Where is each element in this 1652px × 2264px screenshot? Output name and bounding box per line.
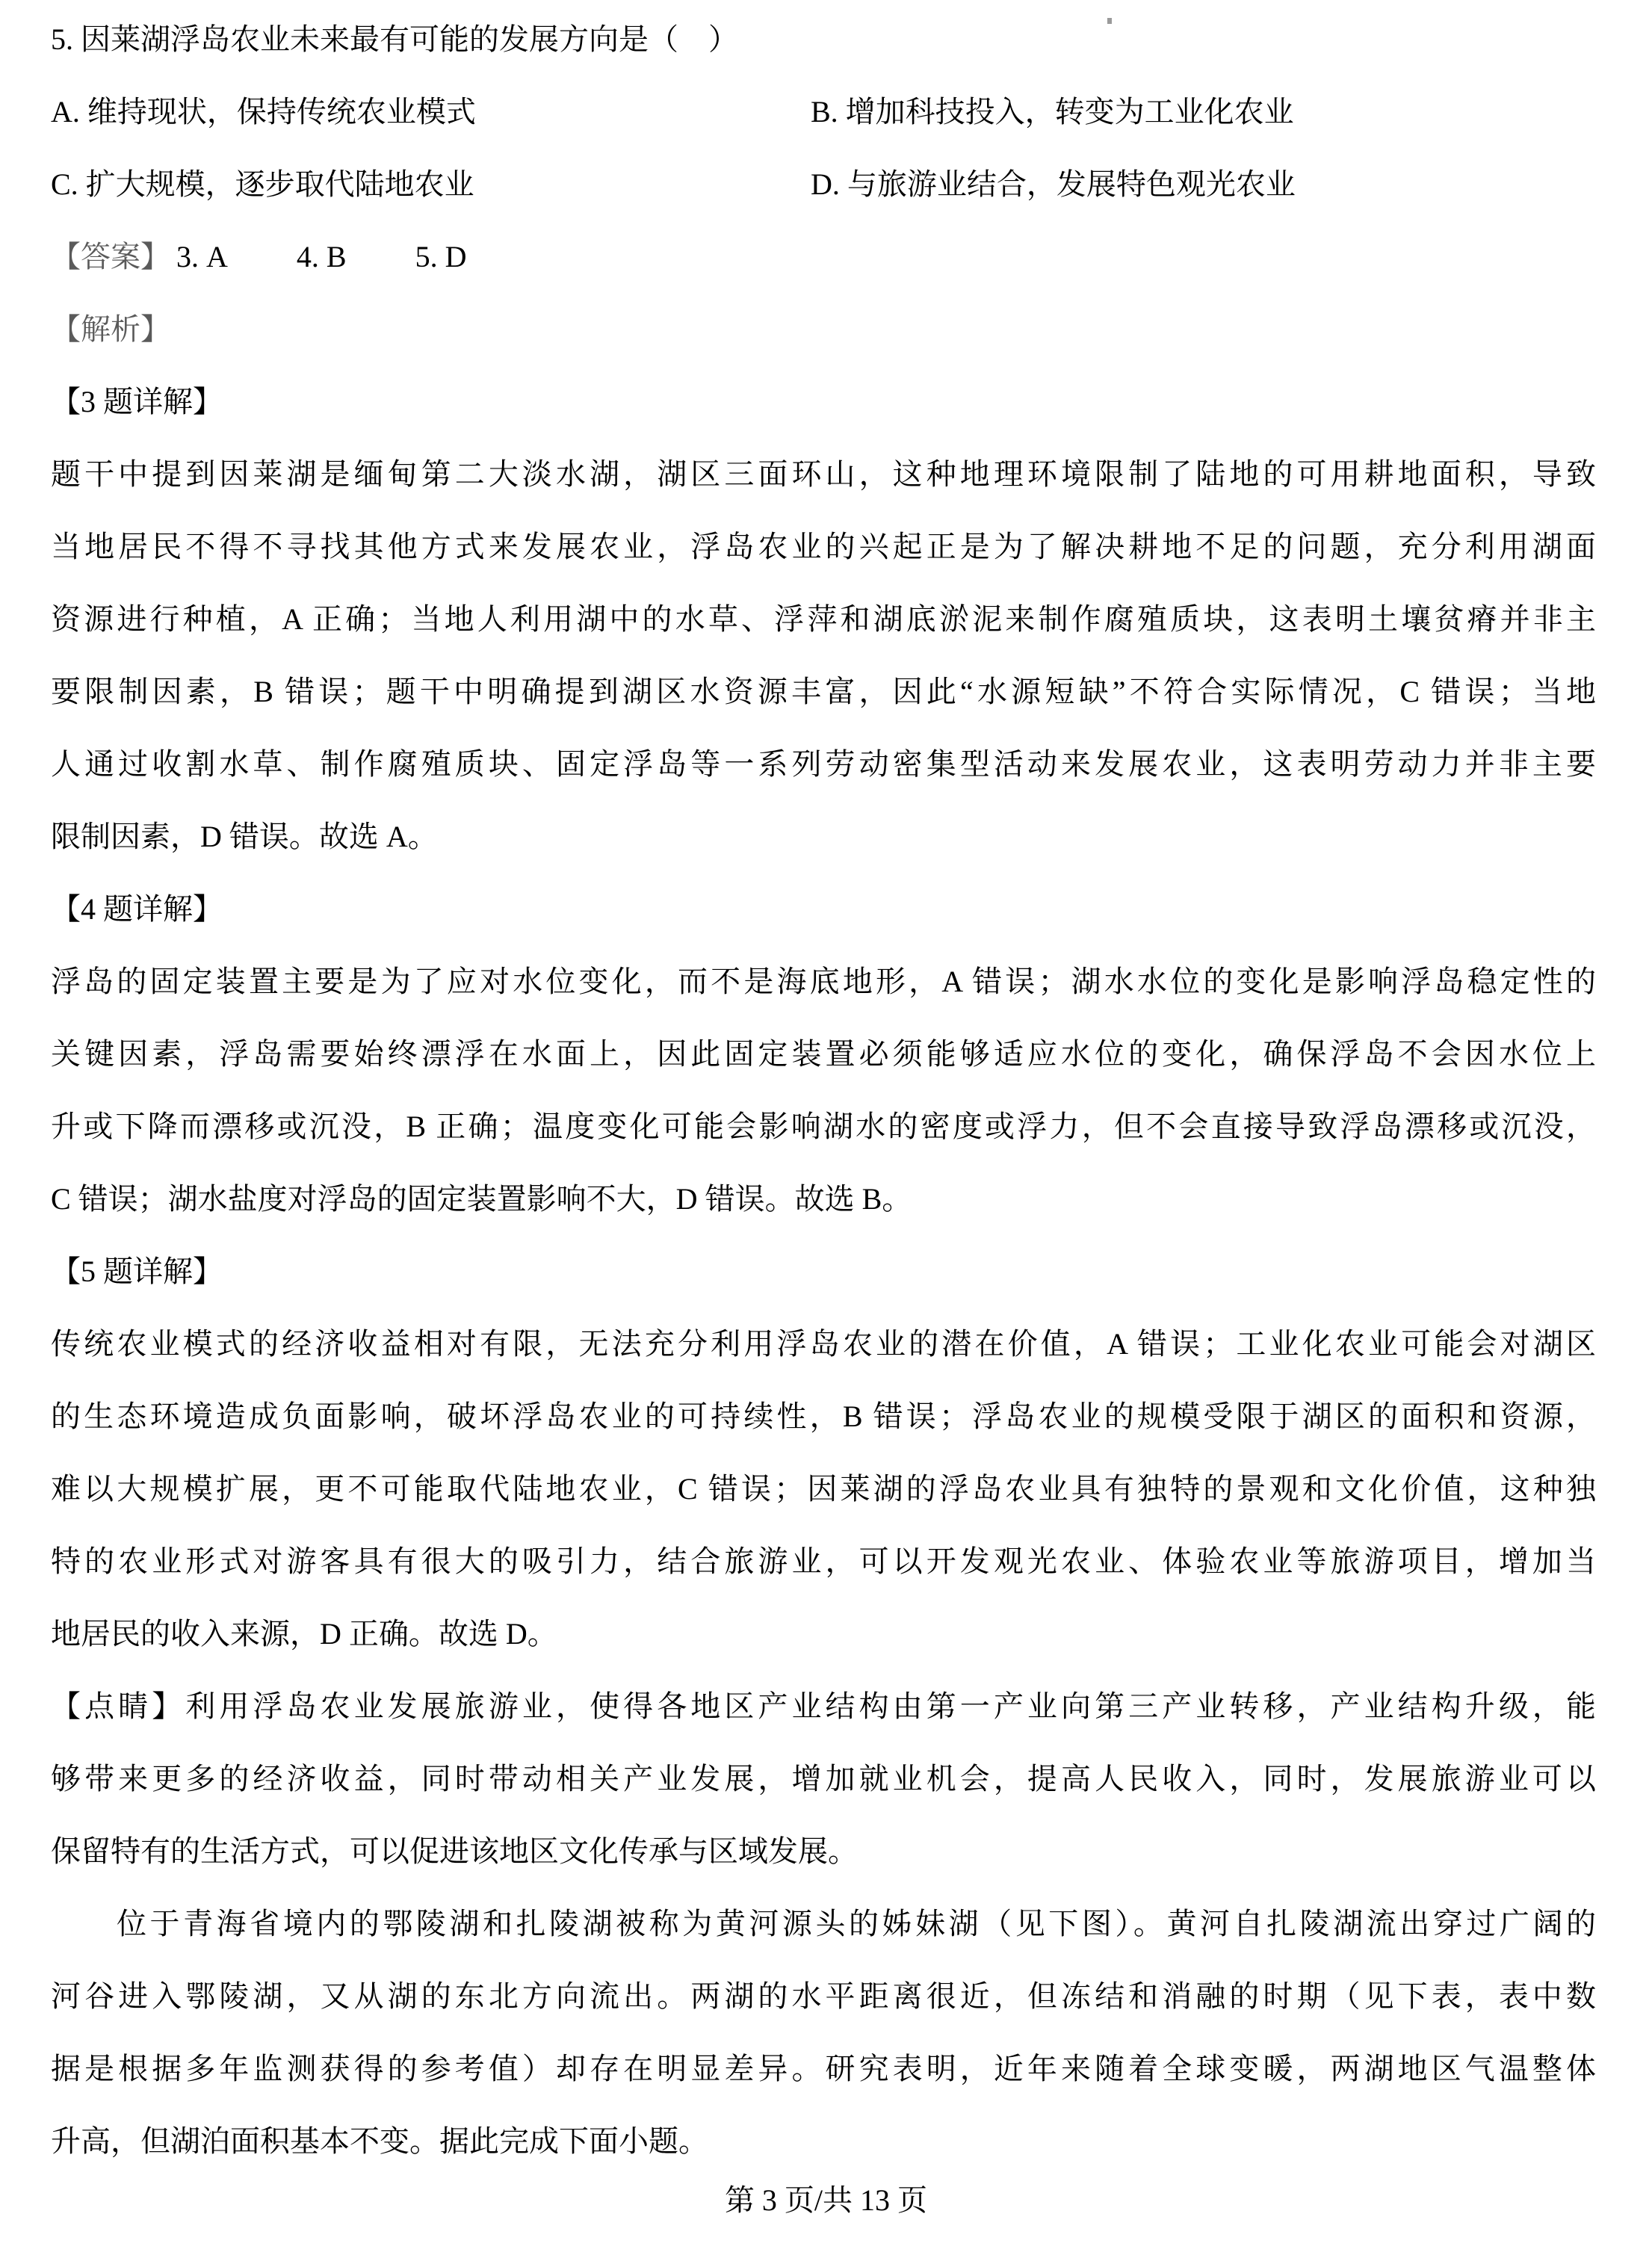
s3-line-6: 限制因素，D 错误。故选 A。: [51, 800, 1596, 873]
answer-line: 【答案】3. A4. B5. D: [51, 220, 1596, 293]
s4-line-3: 升或下降而漂移或沉没，B 正确；温度变化可能会影响湖水的密度或浮力，但不会直接导…: [51, 1090, 1596, 1163]
analysis-label-line: 【解析】: [51, 293, 1596, 365]
s3-line-4: 要限制因素，B 错误；题干中明确提到湖区水资源丰富，因此“水源短缺”不符合实际情…: [51, 655, 1596, 728]
s3-line-5: 人通过收割水草、制作腐殖质块、固定浮岛等一系列劳动密集型活动来发展农业，这表明劳…: [51, 728, 1596, 800]
s3-line-3: 资源进行种植，A 正确；当地人利用湖中的水草、浮萍和湖底淤泥来制作腐殖质块，这表…: [51, 583, 1596, 655]
question-5-stem: 5. 因莱湖浮岛农业未来最有可能的发展方向是（ ）: [51, 3, 1596, 75]
s4-line-2: 关键因素，浮岛需要始终漂浮在水面上，因此固定装置必须能够适应水位的变化，确保浮岛…: [51, 1018, 1596, 1090]
passage-line-1: 位于青海省境内的鄂陵湖和扎陵湖被称为黄河源头的姊妹湖（见下图）。黄河自扎陵湖流出…: [51, 1887, 1596, 1960]
option-a: A. 维持现状，保持传统农业模式: [51, 95, 476, 129]
passage-line-2: 河谷进入鄂陵湖，又从湖的东北方向流出。两湖的水平距离很近，但冻结和消融的时期（见…: [51, 1960, 1596, 2032]
s3-line-2: 当地居民不得不寻找其他方式来发展农业，浮岛农业的兴起正是为了解决耕地不足的问题，…: [51, 510, 1596, 583]
s5-line-3: 难以大规模扩展，更不可能取代陆地农业，C 错误；因莱湖的浮岛农业具有独特的景观和…: [51, 1453, 1596, 1525]
section-4-header: 【4 题详解】: [51, 873, 1596, 945]
options-row-ab: A. 维持现状，保持传统农业模式 B. 增加科技投入，转变为工业化农业: [51, 75, 1596, 148]
dianjing-line-1: 【点睛】利用浮岛农业发展旅游业，使得各地区产业结构由第一产业向第三产业转移，产业…: [51, 1670, 1596, 1742]
option-c: C. 扩大规模，逐步取代陆地农业: [51, 167, 474, 201]
option-b: B. 增加科技投入，转变为工业化农业: [811, 75, 1294, 148]
answer-label: 【答案】: [51, 240, 170, 273]
s5-line-4: 特的农业形式对游客具有很大的吸引力，结合旅游业，可以开发观光农业、体验农业等旅游…: [51, 1525, 1596, 1598]
passage-line-3: 据是根据多年监测获得的参考值）却存在明显差异。研究表明，近年来随着全球变暖，两湖…: [51, 2032, 1596, 2105]
dianjing-line-3: 保留特有的生活方式，可以促进该地区文化传承与区域发展。: [51, 1815, 1596, 1887]
scan-artifact-dot: [1107, 18, 1112, 24]
answer-q3: 3. A: [176, 240, 228, 273]
option-d: D. 与旅游业结合，发展特色观光农业: [811, 148, 1296, 220]
document-page: 5. 因莱湖浮岛农业未来最有可能的发展方向是（ ） A. 维持现状，保持传统农业…: [0, 0, 1652, 2264]
analysis-label: 【解析】: [51, 312, 170, 346]
section-3-header: 【3 题详解】: [51, 365, 1596, 438]
answer-q4: 4. B: [297, 240, 347, 273]
s5-line-1: 传统农业模式的经济收益相对有限，无法充分利用浮岛农业的潜在价值，A 错误；工业化…: [51, 1308, 1596, 1380]
s4-line-4: C 错误；湖水盐度对浮岛的固定装置影响不大，D 错误。故选 B。: [51, 1163, 1596, 1235]
dianjing-line-2: 够带来更多的经济收益，同时带动相关产业发展，增加就业机会，提高人民收入，同时，发…: [51, 1742, 1596, 1815]
s5-line-5: 地居民的收入来源，D 正确。故选 D。: [51, 1598, 1596, 1670]
options-row-cd: C. 扩大规模，逐步取代陆地农业 D. 与旅游业结合，发展特色观光农业: [51, 148, 1596, 220]
s3-line-1: 题干中提到因莱湖是缅甸第二大淡水湖，湖区三面环山，这种地理环境限制了陆地的可用耕…: [51, 438, 1596, 510]
s4-line-1: 浮岛的固定装置主要是为了应对水位变化，而不是海底地形，A 错误；湖水水位的变化是…: [51, 945, 1596, 1018]
section-5-header: 【5 题详解】: [51, 1235, 1596, 1308]
page-footer: 第 3 页/共 13 页: [0, 2164, 1652, 2236]
s5-line-2: 的生态环境造成负面影响，破坏浮岛农业的可持续性，B 错误；浮岛农业的规模受限于湖…: [51, 1380, 1596, 1453]
answer-q5: 5. D: [415, 240, 467, 273]
